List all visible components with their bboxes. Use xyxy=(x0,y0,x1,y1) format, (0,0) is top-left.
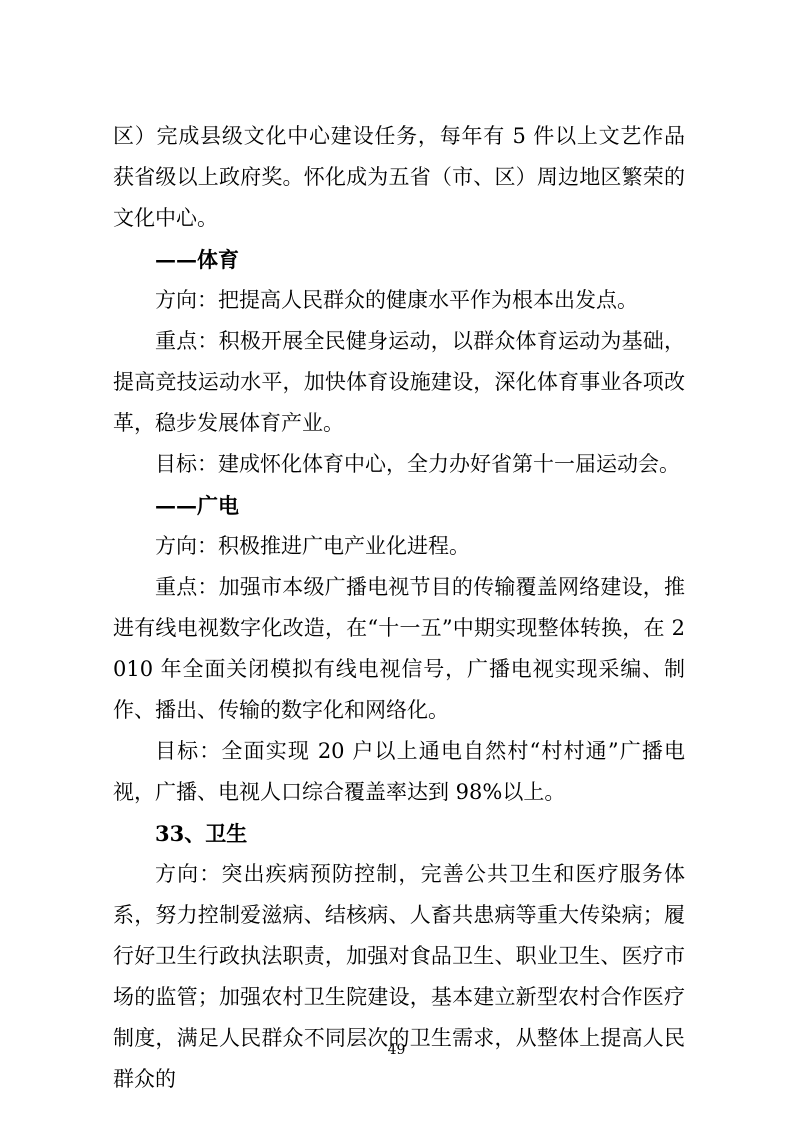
paragraph-health-direction: 方向：突出疾病预防控制，完善公共卫生和医疗服务体系，努力控制爱滋病、结核病、人畜… xyxy=(113,854,685,1100)
page-number: 49 xyxy=(0,1040,793,1060)
paragraph-broadcasting-focus: 重点：加强市本级广播电视节目的传输覆盖网络建设，推进有线电视数字化改造，在“十一… xyxy=(113,567,685,731)
document-body: 区）完成县级文化中心建设任务，每年有 5 件以上文艺作品获省级以上政府奖。怀化成… xyxy=(113,116,685,1100)
paragraph-sports-goal: 目标：建成怀化体育中心，全力办好省第十一届运动会。 xyxy=(113,444,685,485)
heading-sports: ——体育 xyxy=(113,239,685,280)
paragraph-sports-focus: 重点：积极开展全民健身运动，以群众体育运动为基础，提高竞技运动水平，加快体育设施… xyxy=(113,321,685,444)
document-page: 区）完成县级文化中心建设任务，每年有 5 件以上文艺作品获省级以上政府奖。怀化成… xyxy=(0,0,793,1122)
paragraph-culture-continued: 区）完成县级文化中心建设任务，每年有 5 件以上文艺作品获省级以上政府奖。怀化成… xyxy=(113,116,685,239)
paragraph-sports-direction: 方向：把提高人民群众的健康水平作为根本出发点。 xyxy=(113,280,685,321)
paragraph-broadcasting-goal: 目标：全面实现 20 户以上通电自然村“村村通”广播电视，广播、电视人口综合覆盖… xyxy=(113,731,685,813)
paragraph-broadcasting-direction: 方向：积极推进广电产业化进程。 xyxy=(113,526,685,567)
heading-health: 33、卫生 xyxy=(113,813,685,854)
heading-broadcasting: ——广电 xyxy=(113,485,685,526)
